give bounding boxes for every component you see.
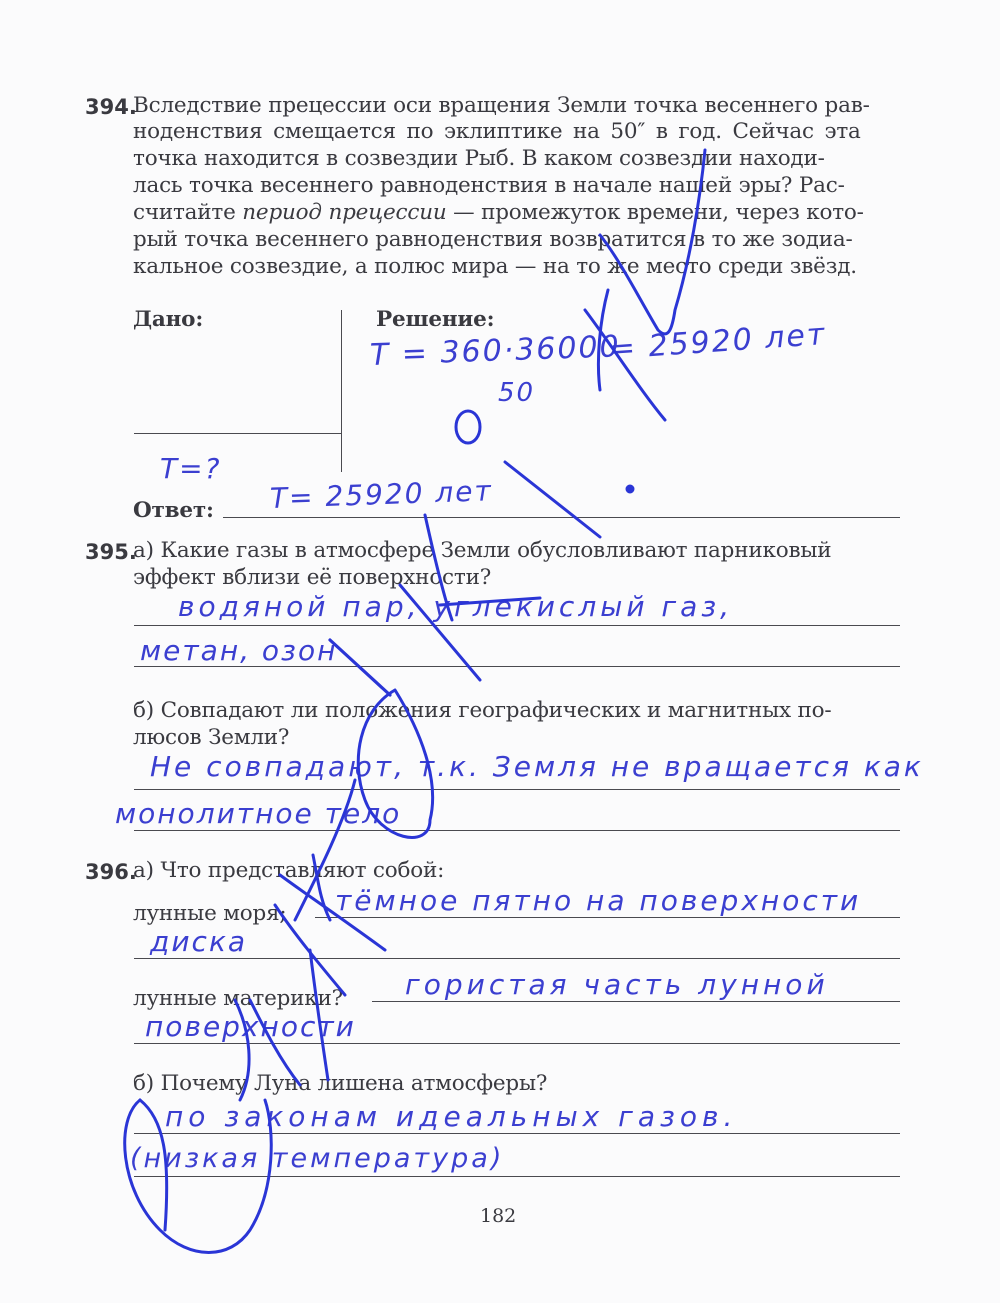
handwritten-answer: Не совпадают, т.к. Земля не вращается ка…	[150, 750, 924, 783]
question-b: б) Почему Луна лишена атмосферы?	[133, 1070, 547, 1098]
handwritten-answer: (низкая температура)	[130, 1143, 504, 1174]
handwritten-answer: метан, озон	[140, 634, 337, 667]
given-label: Дано:	[133, 306, 203, 334]
problem-number: 395.	[85, 540, 137, 564]
continents-label: лунные материки?	[133, 985, 343, 1013]
problem-number: 394.	[85, 95, 137, 119]
answer-line[interactable]	[134, 789, 900, 790]
problem-text-line: считайте период прецессии — промежуток в…	[133, 199, 864, 227]
given-underline	[134, 433, 342, 434]
question-b-line: б) Совпадают ли положения географических…	[133, 697, 831, 725]
problem-text-line: лась точка весеннего равноденствия в нач…	[133, 172, 845, 200]
handwritten-answer: гористая часть лунной	[405, 968, 829, 1001]
dot-mark	[627, 486, 633, 492]
pen-stroke	[330, 640, 390, 695]
question-a-line: эффект вблизи её поверхности?	[133, 564, 491, 592]
handwritten-answer: монолитное тело	[115, 797, 401, 830]
question-a-intro: а) Что представляют собой:	[133, 857, 444, 885]
answer-line[interactable]	[134, 1043, 900, 1044]
answer-line[interactable]	[134, 830, 900, 831]
problem-number: 396.	[85, 860, 137, 884]
answer-line[interactable]	[315, 917, 900, 918]
handwritten-solution-denominator: 50	[498, 378, 535, 408]
question-b-line: люсов Земли?	[133, 724, 289, 752]
handwritten-solution-numerator: T = 360·36000	[369, 329, 621, 373]
given-solution-divider	[341, 310, 342, 472]
circle-mark	[456, 411, 480, 443]
answer-line[interactable]	[372, 1001, 900, 1002]
answer-line[interactable]	[134, 625, 900, 626]
handwritten-answer: диска	[150, 925, 247, 958]
problem-text-line: Вследствие прецессии оси вращения Земли …	[133, 92, 870, 120]
handwritten-answer: тёмное пятно на поверхности	[335, 884, 861, 917]
handwritten-answer: водяной пар, углекислый газ,	[178, 590, 733, 623]
problem-text-line: ноденствия смещается по эклиптике на 50″…	[133, 118, 861, 146]
answer-line[interactable]	[134, 1176, 900, 1177]
answer-line[interactable]	[134, 958, 900, 959]
solution-label: Решение:	[376, 306, 494, 334]
pen-stroke	[505, 462, 600, 537]
answer-line[interactable]	[134, 1133, 900, 1134]
answer-label: Ответ:	[133, 497, 214, 525]
answer-line[interactable]	[223, 517, 900, 518]
workbook-page: 394. Вследствие прецессии оси вращения З…	[0, 0, 1000, 1303]
handwritten-answer: по законам идеальных газов.	[165, 1100, 737, 1133]
seas-label: лунные моря;	[133, 900, 286, 928]
problem-text-line: рый точка весеннего равноденствия возвра…	[133, 226, 853, 254]
handwritten-solution-result: = 25920 лет	[609, 317, 828, 367]
handwritten-answer: T= 25920 лет	[269, 474, 493, 515]
page-number: 182	[480, 1205, 516, 1227]
handwritten-given: T=?	[160, 452, 221, 485]
question-a-line: а) Какие газы в атмосфере Земли обусловл…	[133, 537, 831, 565]
handwritten-answer: поверхности	[145, 1010, 356, 1043]
problem-text-line: кальное созвездие, а полюс мира — на то …	[133, 253, 857, 281]
term-precession-period: период прецессии	[242, 200, 446, 225]
problem-text-line: точка находится в созвездии Рыб. В каком…	[133, 145, 825, 173]
